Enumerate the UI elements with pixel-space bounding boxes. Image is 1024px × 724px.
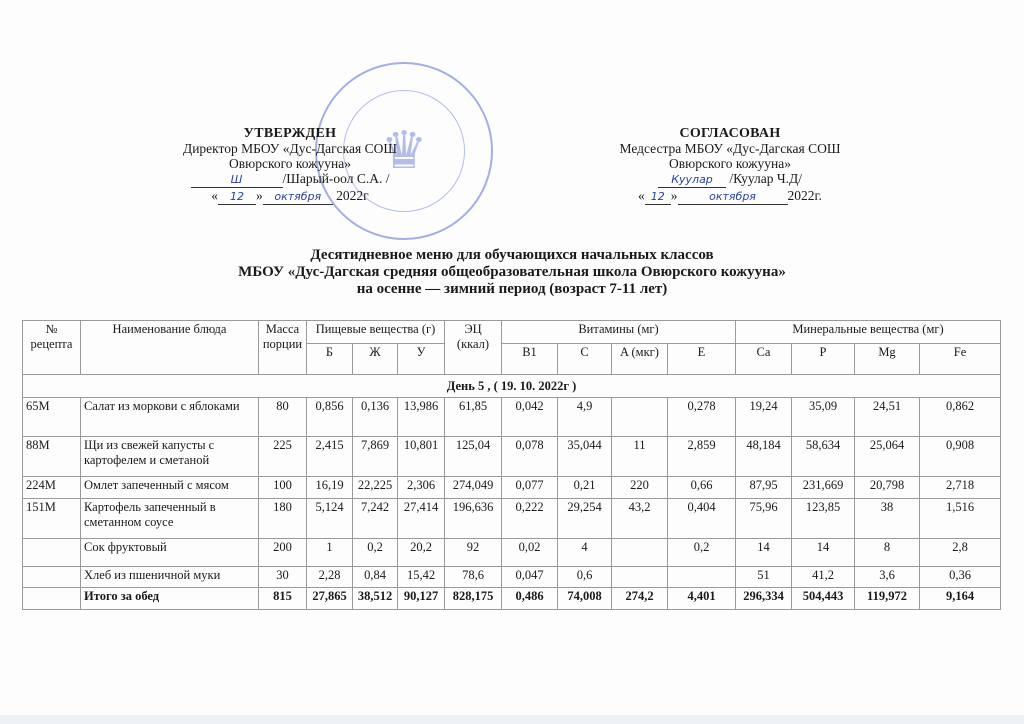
day-label: День 5 , ( 19. 10. 2022г )	[23, 375, 1001, 398]
value-cell	[612, 539, 668, 567]
value-cell: 225	[259, 437, 307, 477]
value-cell: 29,254	[558, 499, 612, 539]
value-cell: 2,28	[307, 567, 353, 588]
approval-signature-line: Ш/Шарый-оол С.А. /	[150, 171, 430, 188]
value-cell: 35,09	[792, 398, 855, 437]
agreement-org: Овюрского кожууна»	[580, 156, 880, 171]
subheader-cell: Б	[307, 344, 353, 375]
agreement-signer: /Куулар Ч.Д/	[729, 171, 802, 186]
value-cell: 815	[259, 588, 307, 610]
dish-name-cell: Хлеб из пшеничной муки	[81, 567, 259, 588]
title-line-1: Десятидневное меню для обучающихся начал…	[0, 247, 1024, 264]
subheader-cell: E	[668, 344, 736, 375]
value-cell: 19,24	[736, 398, 792, 437]
subheader-cell: Ca	[736, 344, 792, 375]
value-cell: 2,859	[668, 437, 736, 477]
header-dish: Наименование блюда	[81, 321, 259, 375]
header-mass: Масса порции	[259, 321, 307, 375]
value-cell: 0,84	[353, 567, 398, 588]
subheader-cell: Mg	[855, 344, 920, 375]
table-row: Сок фруктовый20010,220,2920,0240,2141482…	[23, 539, 1001, 567]
dish-name-cell: Щи из свежей капусты с картофелем и смет…	[81, 437, 259, 477]
agreement-position: Медсестра МБОУ «Дус-Дагская СОШ	[580, 141, 880, 156]
value-cell: 0,222	[502, 499, 558, 539]
header-recipe: № рецепта	[23, 321, 81, 375]
approval-signer: /Шарый-оол С.А. /	[283, 171, 390, 186]
value-cell: 20,2	[398, 539, 445, 567]
value-cell: 4,401	[668, 588, 736, 610]
table-row: 224МОмлет запеченный с мясом10016,1922,2…	[23, 477, 1001, 499]
value-cell: 0,2	[668, 539, 736, 567]
agreement-block: СОГЛАСОВАН Медсестра МБОУ «Дус-Дагская С…	[580, 126, 880, 205]
value-cell: 61,85	[445, 398, 502, 437]
recipe-code-cell	[23, 588, 81, 610]
value-cell: 100	[259, 477, 307, 499]
value-cell: 0,66	[668, 477, 736, 499]
value-cell: 38,512	[353, 588, 398, 610]
value-cell: 0,047	[502, 567, 558, 588]
value-cell: 80	[259, 398, 307, 437]
value-cell: 296,334	[736, 588, 792, 610]
approval-block: УТВЕРЖДЕН Директор МБОУ «Дус-Дагская СОШ…	[150, 126, 430, 205]
recipe-code-cell: 65М	[23, 398, 81, 437]
value-cell: 1,516	[920, 499, 1001, 539]
value-cell: 231,669	[792, 477, 855, 499]
subheader-cell: Ж	[353, 344, 398, 375]
date-month-blank: октября	[263, 188, 333, 205]
recipe-code-cell	[23, 539, 81, 567]
value-cell: 180	[259, 499, 307, 539]
date-month-blank: октября	[678, 188, 788, 205]
value-cell: 119,972	[855, 588, 920, 610]
approval-position: Директор МБОУ «Дус-Дагская СОШ	[150, 141, 430, 156]
date-day-blank: 12	[218, 188, 256, 205]
subheader-cell: Fe	[920, 344, 1001, 375]
value-cell: 2,718	[920, 477, 1001, 499]
scan-bottom-edge	[0, 715, 1024, 724]
value-cell: 74,008	[558, 588, 612, 610]
recipe-code-cell: 88М	[23, 437, 81, 477]
value-cell: 2,8	[920, 539, 1001, 567]
value-cell: 10,801	[398, 437, 445, 477]
value-cell: 0,136	[353, 398, 398, 437]
total-row: Итого за обед81527,86538,51290,127828,17…	[23, 588, 1001, 610]
value-cell: 51	[736, 567, 792, 588]
value-cell: 1	[307, 539, 353, 567]
value-cell: 22,225	[353, 477, 398, 499]
value-cell: 13,986	[398, 398, 445, 437]
value-cell: 274,049	[445, 477, 502, 499]
value-cell: 0,278	[668, 398, 736, 437]
value-cell: 27,865	[307, 588, 353, 610]
value-cell: 0,042	[502, 398, 558, 437]
document-title: Десятидневное меню для обучающихся начал…	[0, 247, 1024, 298]
approval-org: Овюрского кожууна»	[150, 156, 430, 171]
value-cell: 3,6	[855, 567, 920, 588]
value-cell: 35,044	[558, 437, 612, 477]
date-month: октября	[274, 190, 321, 203]
value-cell: 504,443	[792, 588, 855, 610]
value-cell: 125,04	[445, 437, 502, 477]
signature-blank: Куулар	[658, 171, 726, 188]
menu-table: № рецепта Наименование блюда Масса порци…	[22, 320, 1001, 610]
value-cell: 9,164	[920, 588, 1001, 610]
value-cell: 25,064	[855, 437, 920, 477]
subheader-cell: C	[558, 344, 612, 375]
value-cell: 87,95	[736, 477, 792, 499]
value-cell: 38	[855, 499, 920, 539]
dish-name-cell: Салат из моркови с яблоками	[81, 398, 259, 437]
recipe-code-cell: 151М	[23, 499, 81, 539]
value-cell: 16,19	[307, 477, 353, 499]
value-cell: 75,96	[736, 499, 792, 539]
value-cell	[612, 398, 668, 437]
dish-name-cell: Сок фруктовый	[81, 539, 259, 567]
title-line-3: на осенне — зимний период (возраст 7-11 …	[0, 281, 1024, 298]
signature-blank: Ш	[191, 171, 283, 188]
value-cell: 15,42	[398, 567, 445, 588]
value-cell: 92	[445, 539, 502, 567]
value-cell: 0,486	[502, 588, 558, 610]
value-cell: 14	[792, 539, 855, 567]
handwritten-signature: Ш	[231, 173, 243, 186]
day-row: День 5 , ( 19. 10. 2022г )	[23, 375, 1001, 398]
date-month: октября	[709, 190, 756, 203]
value-cell: 2,306	[398, 477, 445, 499]
approval-heading: УТВЕРЖДЕН	[150, 126, 430, 141]
table-row: 65МСалат из моркови с яблоками800,8560,1…	[23, 398, 1001, 437]
value-cell: 8	[855, 539, 920, 567]
value-cell: 274,2	[612, 588, 668, 610]
handwritten-signature: Куулар	[671, 173, 713, 186]
value-cell: 43,2	[612, 499, 668, 539]
value-cell: 48,184	[736, 437, 792, 477]
agreement-date: «12»октября2022г.	[580, 188, 880, 205]
approval-date: «12»октября 2022г	[150, 188, 430, 205]
table-row: 88МЩи из свежей капусты с картофелем и с…	[23, 437, 1001, 477]
subheader-cell: P	[792, 344, 855, 375]
recipe-code-cell	[23, 567, 81, 588]
value-cell: 90,127	[398, 588, 445, 610]
value-cell: 0,856	[307, 398, 353, 437]
value-cell: 220	[612, 477, 668, 499]
dish-name-cell: Итого за обед	[81, 588, 259, 610]
value-cell: 0,862	[920, 398, 1001, 437]
date-year: 2022г	[336, 188, 369, 203]
value-cell: 4,9	[558, 398, 612, 437]
header-energy: ЭЦ (ккал)	[445, 321, 502, 375]
value-cell: 41,2	[792, 567, 855, 588]
value-cell: 58,634	[792, 437, 855, 477]
value-cell: 0,02	[502, 539, 558, 567]
value-cell: 27,414	[398, 499, 445, 539]
value-cell	[668, 567, 736, 588]
value-cell: 0,2	[353, 539, 398, 567]
table-row: Хлеб из пшеничной муки302,280,8415,4278,…	[23, 567, 1001, 588]
value-cell: 828,175	[445, 588, 502, 610]
subheader-cell: У	[398, 344, 445, 375]
dish-name-cell: Омлет запеченный с мясом	[81, 477, 259, 499]
value-cell: 123,85	[792, 499, 855, 539]
value-cell: 0,21	[558, 477, 612, 499]
value-cell: 14	[736, 539, 792, 567]
value-cell: 24,51	[855, 398, 920, 437]
subheader-cell: B1	[502, 344, 558, 375]
value-cell: 7,242	[353, 499, 398, 539]
value-cell: 0,908	[920, 437, 1001, 477]
table-row: 151МКартофель запеченный в сметанном соу…	[23, 499, 1001, 539]
value-cell: 2,415	[307, 437, 353, 477]
header-nutrients: Пищевые вещества (г)	[307, 321, 445, 344]
title-line-2: МБОУ «Дус-Дагская средняя общеобразовате…	[0, 264, 1024, 281]
value-cell: 0,6	[558, 567, 612, 588]
value-cell: 7,869	[353, 437, 398, 477]
value-cell: 0,404	[668, 499, 736, 539]
value-cell: 5,124	[307, 499, 353, 539]
agreement-heading: СОГЛАСОВАН	[580, 126, 880, 141]
subheader-cell: A (мкг)	[612, 344, 668, 375]
header-minerals: Минеральные вещества (мг)	[736, 321, 1001, 344]
value-cell: 30	[259, 567, 307, 588]
value-cell: 78,6	[445, 567, 502, 588]
value-cell: 0,36	[920, 567, 1001, 588]
header-vitamins: Витамины (мг)	[502, 321, 736, 344]
value-cell: 0,077	[502, 477, 558, 499]
date-day: 12	[651, 190, 665, 203]
value-cell: 4	[558, 539, 612, 567]
date-day-blank: 12	[645, 188, 671, 205]
value-cell: 0,078	[502, 437, 558, 477]
value-cell: 11	[612, 437, 668, 477]
value-cell: 196,636	[445, 499, 502, 539]
recipe-code-cell: 224М	[23, 477, 81, 499]
value-cell: 200	[259, 539, 307, 567]
value-cell: 20,798	[855, 477, 920, 499]
value-cell	[612, 567, 668, 588]
dish-name-cell: Картофель запеченный в сметанном соусе	[81, 499, 259, 539]
date-day: 12	[230, 190, 244, 203]
date-year: 2022г.	[788, 188, 822, 203]
agreement-signature-line: Куулар /Куулар Ч.Д/	[580, 171, 880, 188]
